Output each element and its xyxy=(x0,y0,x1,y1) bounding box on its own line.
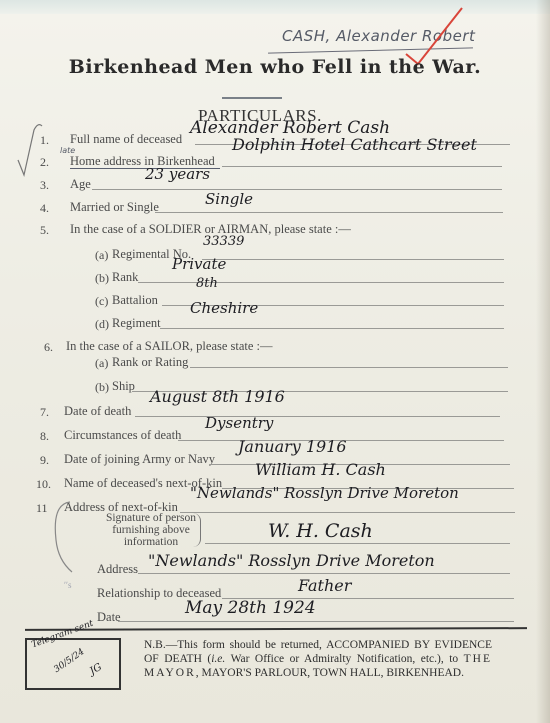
field-value[interactable]: 23 years xyxy=(145,165,210,183)
field-label: Rank xyxy=(112,270,138,285)
field-number: 10. xyxy=(36,477,51,492)
field-value[interactable]: Private xyxy=(172,255,226,273)
address-line xyxy=(138,573,510,574)
field-number: 7. xyxy=(40,405,49,420)
field-label: Battalion xyxy=(112,293,158,308)
field-number: (a) xyxy=(95,248,108,263)
field-number: 1. xyxy=(40,133,49,148)
field-value[interactable]: 8th xyxy=(196,276,218,291)
field-value[interactable]: Dysentry xyxy=(205,414,273,432)
signature-label: Signature of person furnishing above inf… xyxy=(97,512,205,548)
field-line xyxy=(155,212,503,213)
signature-line xyxy=(205,543,510,544)
top-edge xyxy=(0,0,550,14)
date-value[interactable]: May 28th 1924 xyxy=(185,598,316,618)
field-line xyxy=(92,189,502,190)
pencil-arrow-icon xyxy=(48,500,78,580)
field-label: Age xyxy=(70,177,91,192)
field-value[interactable]: "Newlands" Rosslyn Drive Moreton xyxy=(190,484,459,502)
field-number: 9. xyxy=(40,453,49,468)
field-value[interactable]: Single xyxy=(205,190,253,208)
form-title: Birkenhead Men who Fell in the War. xyxy=(55,56,495,78)
field-label: Rank or Rating xyxy=(112,355,188,370)
field-label: Circumstances of death xyxy=(64,428,181,443)
field-label: In the case of a SAILOR, please state :— xyxy=(66,339,273,354)
field-number: (d) xyxy=(95,317,109,332)
title-rule xyxy=(222,97,282,99)
nb-text-3: , MAYOR'S PARLOUR, TOWN HALL, BIRKENHEAD… xyxy=(196,667,464,679)
field-value[interactable]: August 8th 1916 xyxy=(150,387,285,406)
date-line xyxy=(118,621,514,622)
relationship-value[interactable]: Father xyxy=(298,576,351,595)
field-line xyxy=(222,166,502,167)
field-line xyxy=(202,259,504,260)
return-instructions: N.B.—This form should be returned, ACCOM… xyxy=(144,638,492,680)
field-number: 5. xyxy=(40,223,49,238)
field-value[interactable]: January 1916 xyxy=(238,437,347,456)
field-line xyxy=(135,416,500,417)
field-number: (b) xyxy=(95,380,109,395)
field-label: Date of death xyxy=(64,404,131,419)
field-number: (b) xyxy=(95,271,109,286)
field-value[interactable]: Dolphin Hotel Cathcart Street xyxy=(232,135,477,154)
field-line xyxy=(180,512,515,513)
field-number: (c) xyxy=(95,294,108,309)
address-label: Address xyxy=(97,562,138,577)
signature-brace xyxy=(192,513,201,547)
field-number: 2. xyxy=(40,155,49,170)
field-line xyxy=(160,328,504,329)
field-number: 3. xyxy=(40,178,49,193)
nb-italic: i.e. xyxy=(211,653,225,665)
field-label: Regiment xyxy=(112,316,161,331)
field-line xyxy=(190,367,508,368)
signature-value[interactable]: W. H. Cash xyxy=(268,520,373,542)
faint-pencil-mark: ʹʹs xyxy=(64,580,71,590)
field-value[interactable]: 33339 xyxy=(203,234,244,249)
field-value[interactable]: Cheshire xyxy=(190,299,258,317)
field-number: 11 xyxy=(36,501,48,516)
field-label: Full name of deceased xyxy=(70,132,182,147)
field-value[interactable]: William H. Cash xyxy=(255,460,386,479)
nb-text-2: War Office or Admiralty Notification, et… xyxy=(225,653,463,665)
field-label: Date of joining Army or Navy xyxy=(64,452,215,467)
field-label: Married or Single xyxy=(70,200,159,215)
field-number: (a) xyxy=(95,356,108,371)
field-line xyxy=(138,282,504,283)
field-number: 4. xyxy=(40,201,49,216)
page-edge-shadow xyxy=(536,0,550,723)
field-number: 8. xyxy=(40,429,49,444)
field-number: 6. xyxy=(44,340,53,355)
address-value[interactable]: "Newlands" Rosslyn Drive Moreton xyxy=(148,551,435,570)
